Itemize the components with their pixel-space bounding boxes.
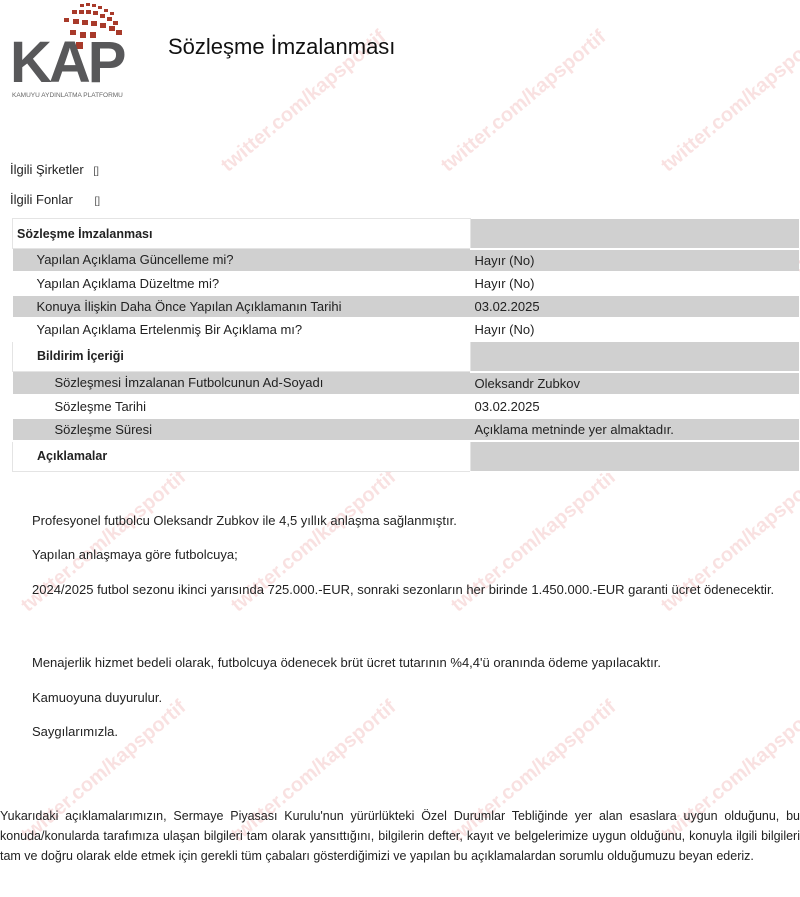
related-funds[interactable]: İlgili Fonlar []	[10, 192, 100, 207]
body-paragraph: Kamuoyuna duyurulur.	[32, 689, 776, 707]
row-value: Hayır (No)	[471, 272, 800, 295]
related-companies-label[interactable]: İlgili Şirketler	[10, 162, 84, 177]
body-paragraph: Profesyonel futbolcu Oleksandr Zubkov il…	[32, 512, 776, 530]
row-label: Yapılan Açıklama Ertelenmiş Bir Açıklama…	[13, 318, 471, 341]
table-row: Konuya İlişkin Daha Önce Yapılan Açıklam…	[13, 295, 800, 318]
body-paragraph: 2024/2025 futbol sezonu ikinci yarısında…	[32, 581, 776, 599]
table-row: Yapılan Açıklama Düzeltme mi? Hayır (No)	[13, 272, 800, 295]
kap-logo: KAP KAMUYU AYDINLATMA PLATFORMU	[10, 2, 145, 100]
row-value: Açıklama metninde yer almaktadır.	[471, 418, 800, 441]
subsection-header-row: Bildirim İçeriği	[13, 341, 800, 372]
subsection-title: Bildirim İçeriği	[13, 341, 471, 372]
row-value: 03.02.2025	[471, 295, 800, 318]
page-title: Sözleşme İmzalanması	[168, 34, 395, 60]
related-funds-label[interactable]: İlgili Fonlar	[10, 192, 73, 207]
row-value: Hayır (No)	[471, 249, 800, 272]
logo-wordmark: KAP	[10, 34, 123, 92]
related-companies-value: []	[93, 166, 99, 177]
disclosure-table: Sözleşme İmzalanması Yapılan Açıklama Gü…	[12, 218, 799, 473]
row-label: Sözleşme Süresi	[13, 418, 471, 441]
logo-subtitle: KAMUYU AYDINLATMA PLATFORMU	[12, 92, 123, 99]
row-value: Oleksandr Zubkov	[471, 372, 800, 395]
row-label: Konuya İlişkin Daha Önce Yapılan Açıklam…	[13, 295, 471, 318]
row-value: 03.02.2025	[471, 395, 800, 418]
section-title: Sözleşme İmzalanması	[13, 219, 471, 249]
explanations-value	[471, 441, 800, 472]
page-header: KAP KAMUYU AYDINLATMA PLATFORMU Sözleşme…	[0, 0, 800, 110]
table-row: Sözleşme Tarihi 03.02.2025	[13, 395, 800, 418]
table-row: Yapılan Açıklama Ertelenmiş Bir Açıklama…	[13, 318, 800, 341]
row-label: Yapılan Açıklama Düzeltme mi?	[13, 272, 471, 295]
row-label: Sözleşmesi İmzalanan Futbolcunun Ad-Soya…	[13, 372, 471, 395]
subsection-value	[471, 341, 800, 372]
related-companies[interactable]: İlgili Şirketler []	[10, 162, 99, 177]
table-row: Sözleşme Süresi Açıklama metninde yer al…	[13, 418, 800, 441]
body-paragraph: Yapılan anlaşmaya göre futbolcuya;	[32, 546, 776, 564]
related-funds-value: []	[94, 196, 100, 207]
explanations-title: Açıklamalar	[13, 441, 471, 472]
body-paragraph: Menajerlik hizmet bedeli olarak, futbolc…	[32, 654, 776, 672]
section-value	[471, 219, 800, 249]
legal-disclaimer: Yukarıdaki açıklamalarımızın, Sermaye Pi…	[0, 806, 800, 866]
section-header-row: Sözleşme İmzalanması	[13, 219, 800, 249]
row-value: Hayır (No)	[471, 318, 800, 341]
body-paragraph: Saygılarımızla.	[32, 723, 776, 741]
row-label: Yapılan Açıklama Güncelleme mi?	[13, 249, 471, 272]
explanations-header-row: Açıklamalar	[13, 441, 800, 472]
table-row: Yapılan Açıklama Güncelleme mi? Hayır (N…	[13, 249, 800, 272]
row-label: Sözleşme Tarihi	[13, 395, 471, 418]
table-row: Sözleşmesi İmzalanan Futbolcunun Ad-Soya…	[13, 372, 800, 395]
